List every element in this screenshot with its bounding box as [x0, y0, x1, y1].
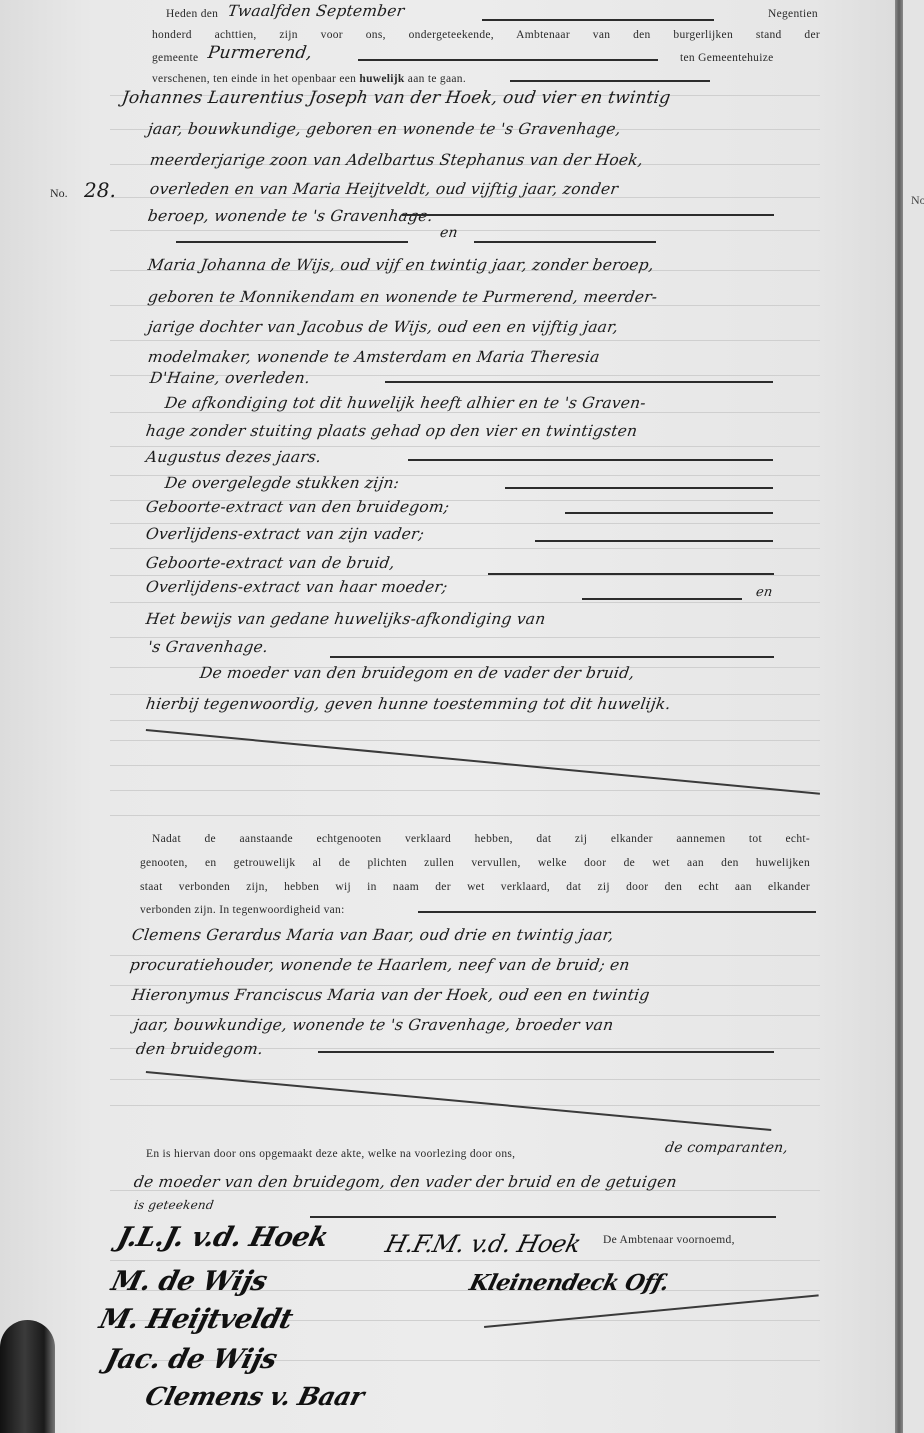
ruled-line — [110, 230, 820, 231]
fill-line — [488, 573, 774, 575]
fill-line — [418, 911, 816, 913]
groom-line-3: meerderjarige zoon van Adelbartus Stepha… — [149, 151, 645, 169]
consent-line-2: hierbij tegenwoordig, geven hunne toeste… — [145, 695, 672, 713]
document-item-6: 's Gravenhage. — [147, 638, 270, 656]
header-line4: verschenen, ten einde in het openbaar ee… — [152, 73, 466, 85]
fill-line — [310, 1216, 776, 1218]
header-municipality-handwritten: Purmerend, — [207, 43, 314, 63]
closing-hand-2: de moeder van den bruidegom, den vader d… — [133, 1173, 678, 1191]
documents-and: en — [755, 585, 774, 600]
bride-line-2: geboren te Monnikendam en wonende te Pur… — [147, 288, 659, 306]
declaration-line-4: verbonden zijn. In tegenwoordigheid van: — [140, 904, 345, 916]
fill-line — [408, 459, 773, 461]
cancel-line — [146, 1071, 771, 1131]
document-item-5: Het bewijs van gedane huwelijks-afkondig… — [145, 610, 547, 628]
fill-line — [358, 59, 658, 61]
bride-line-3: jarige dochter van Jacobus de Wijs, oud … — [147, 318, 620, 336]
ruled-line — [110, 720, 820, 721]
ruled-line — [110, 548, 820, 549]
fill-line — [505, 487, 773, 489]
declaration-line-3: staat verbonden zijn, hebben wij in naam… — [140, 881, 810, 893]
ruled-line — [110, 575, 820, 576]
bride-line-1: Maria Johanna de Wijs, oud vijf en twint… — [147, 256, 655, 274]
bride-line-4: modelmaker, wonende te Amsterdam en Mari… — [147, 348, 601, 366]
ruled-line — [110, 340, 820, 341]
facing-page-number-label: No — [911, 193, 924, 208]
ruled-line — [110, 446, 820, 447]
fill-line — [535, 540, 773, 542]
witness-line-3: Hieronymus Franciscus Maria van der Hoek… — [131, 986, 651, 1004]
signature-witness-hoek: H.F.M. v.d. Hoek — [383, 1230, 584, 1258]
ruled-line — [110, 740, 820, 741]
fill-line — [510, 80, 710, 82]
document-item-3: Geboorte-extract van de bruid, — [145, 554, 396, 572]
document-item-4: Overlijdens-extract van haar moeder; — [145, 578, 449, 596]
witness-line-2: procuratiehouder, wonende te Haarlem, ne… — [129, 956, 631, 974]
signature-bride: M. de Wijs — [108, 1266, 270, 1297]
fill-line — [330, 656, 774, 658]
closing-printed: En is hiervan door ons opgemaakt deze ak… — [146, 1148, 515, 1160]
header-gemeente: gemeente — [152, 52, 198, 64]
closing-hand-3: is geteekend — [133, 1198, 215, 1212]
record-number-label: No. — [50, 186, 68, 201]
ruled-line — [110, 523, 820, 524]
header-line4-before: verschenen, ten einde in het openbaar ee… — [152, 73, 356, 85]
record-number: 28. — [84, 178, 116, 202]
fill-line — [318, 1051, 774, 1053]
header-line4-after: aan te gaan. — [408, 73, 466, 85]
document-item-2: Overlijdens-extract van zijn vader; — [145, 525, 426, 543]
declaration-line-2: genooten, en getrouwelijk al de plichten… — [140, 857, 810, 869]
ruled-line — [110, 815, 820, 816]
witness-line-5: den bruidegom. — [135, 1040, 265, 1058]
facing-page — [903, 0, 924, 1433]
groom-line-2: jaar, bouwkundige, geboren en wonende te… — [147, 120, 622, 138]
cancel-line — [146, 729, 820, 795]
proclamation-line-1: De afkondiging tot dit huwelijk heeft al… — [164, 394, 647, 412]
ruled-line — [110, 412, 820, 413]
closing-hand-1: de comparanten, — [664, 1140, 789, 1156]
document-item-1: Geboorte-extract van den bruidegom; — [145, 498, 451, 516]
fill-line — [582, 598, 742, 600]
header-gemeentehuize: ten Gemeentehuize — [680, 52, 774, 64]
ruled-line — [110, 1105, 820, 1106]
header-negentien: Negentien — [768, 8, 818, 20]
signature-witness-baar: Clemens v. Baar — [142, 1382, 366, 1411]
book-gutter — [895, 0, 903, 1433]
fill-line — [402, 214, 774, 216]
signature-mother-groom: M. Heijtveldt — [96, 1304, 296, 1335]
groom-line-1: Johannes Laurentius Joseph van der Hoek,… — [121, 88, 672, 108]
consent-line-1: De moeder van den bruidegom en de vader … — [199, 664, 636, 682]
connector-en: en — [439, 225, 459, 241]
ruled-line — [110, 790, 820, 791]
documents-intro: De overgelegde stukken zijn: — [164, 474, 401, 492]
groom-line-5: beroep, wonende te 's Gravenhage. — [147, 207, 434, 225]
proclamation-line-3: Augustus dezes jaars. — [145, 448, 323, 466]
header-heden-den: Heden den — [166, 8, 218, 20]
scanner-thumb — [0, 1320, 55, 1433]
ruled-line — [110, 765, 820, 766]
official-underline — [484, 1294, 819, 1328]
signature-groom: J.L.J. v.d. Hoek — [114, 1222, 331, 1253]
ruled-line — [110, 602, 820, 603]
proclamation-line-2: hage zonder stuiting plaats gehad op den… — [145, 422, 639, 440]
groom-line-4: overleden en van Maria Heijtveldt, oud v… — [149, 180, 620, 198]
register-page: Heden den Twaalfden September Negentien … — [0, 0, 924, 1433]
header-date-handwritten: Twaalfden September — [227, 2, 406, 20]
witness-line-4: jaar, bouwkundige, wonende te 's Gravenh… — [133, 1016, 615, 1034]
witness-line-1: Clemens Gerardus Maria van Baar, oud dri… — [131, 926, 615, 944]
ruled-line — [110, 1260, 820, 1261]
signature-father-bride: Jac. de Wijs — [102, 1344, 280, 1375]
fill-line — [482, 19, 714, 21]
bride-line-5: D'Haine, overleden. — [149, 369, 312, 387]
header-huwelijk: huwelijk — [359, 73, 404, 85]
declaration-line-1: Nadat de aanstaande echtgenooten verklaa… — [152, 833, 810, 845]
header-line2: honderd achttien, zijn voor ons, onderge… — [152, 29, 820, 41]
official-label: De Ambtenaar voornoemd, — [603, 1234, 735, 1246]
fill-line — [565, 512, 773, 514]
fill-line — [474, 241, 656, 243]
fill-line — [176, 241, 408, 243]
fill-line — [385, 381, 773, 383]
signature-official: Kleinendeck Off. — [467, 1270, 672, 1296]
